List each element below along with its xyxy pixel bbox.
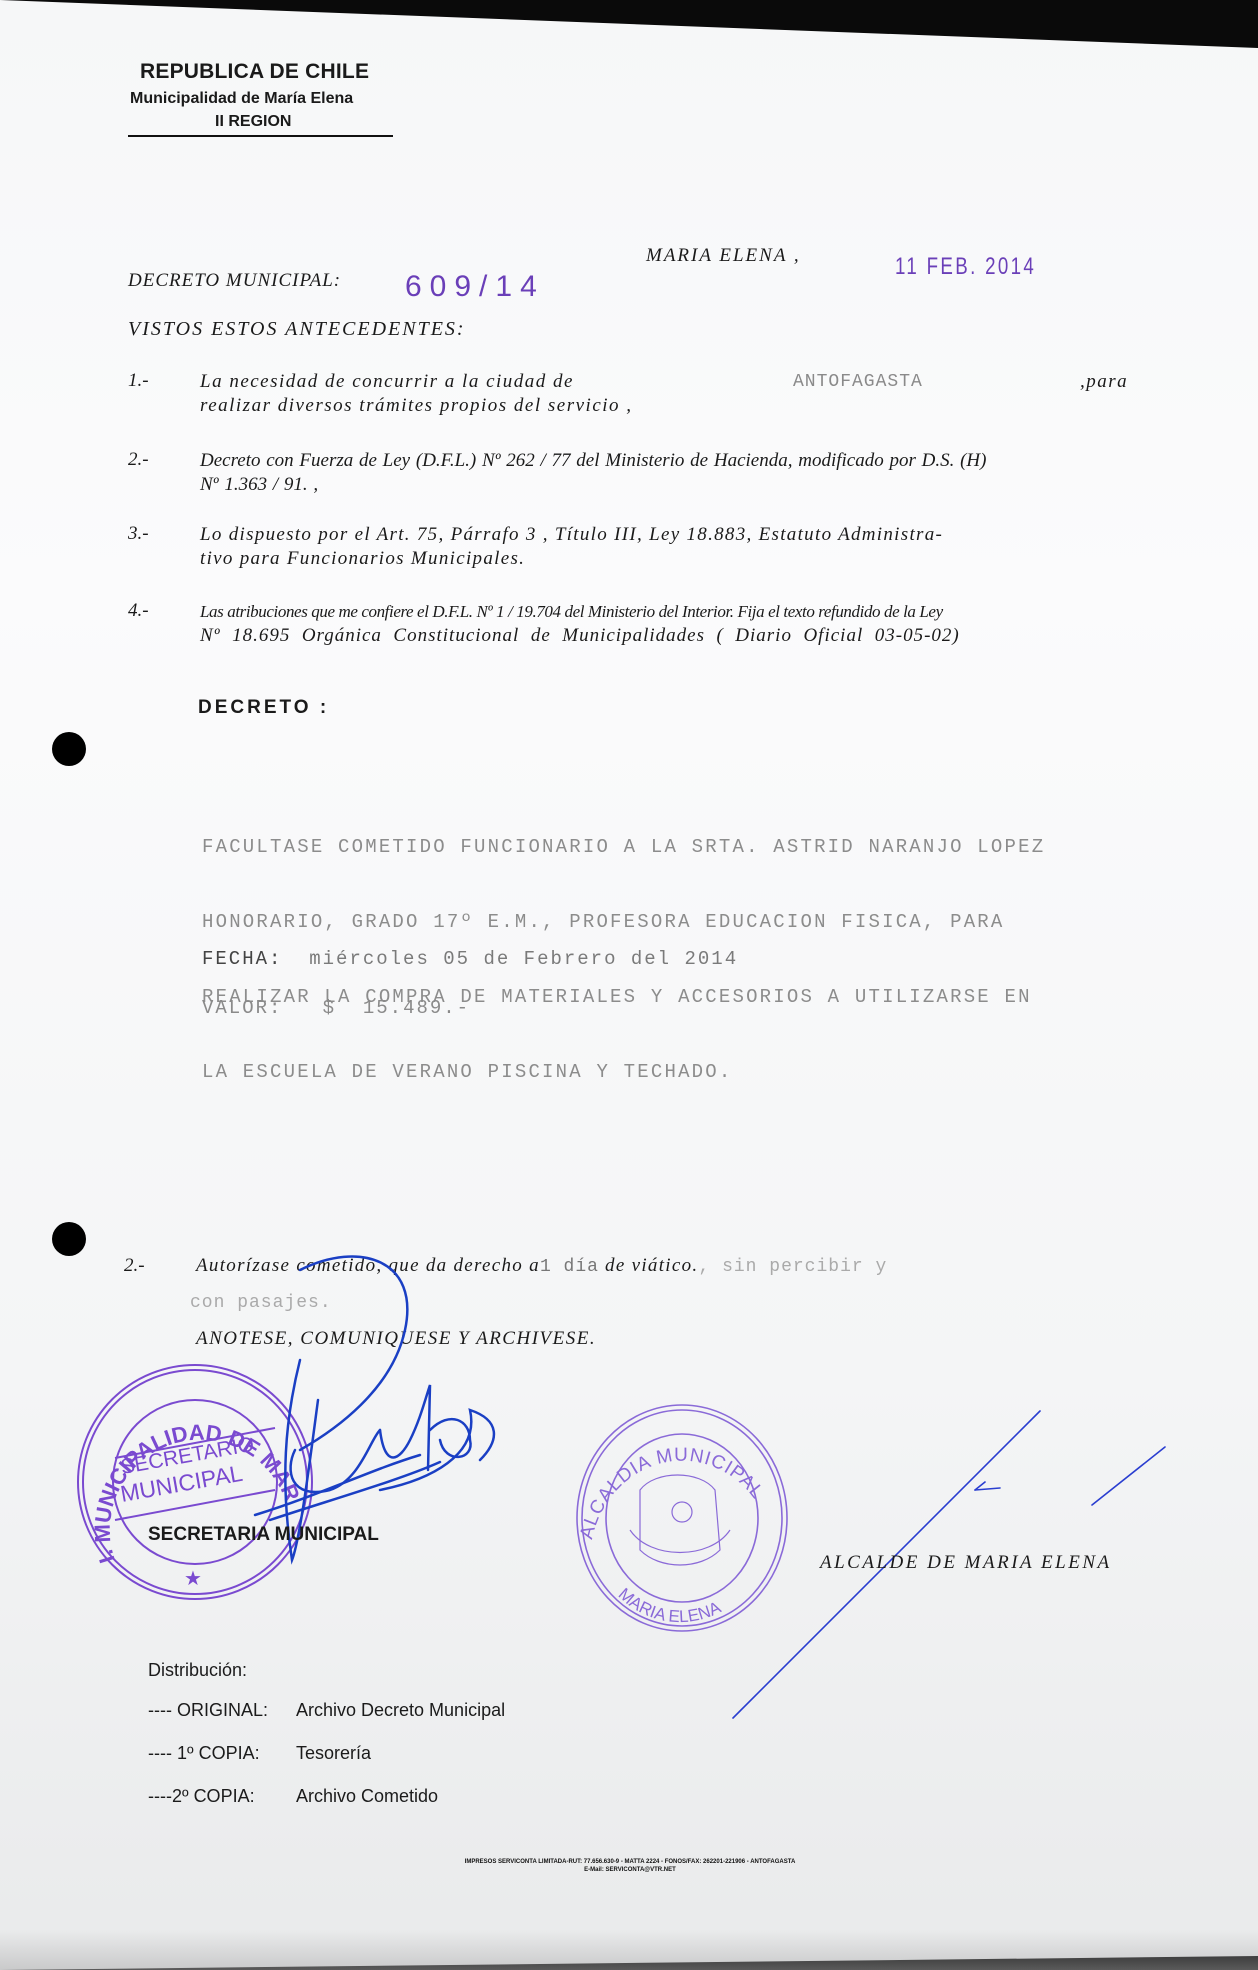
mayor-stamp: ALCALDIA MUNICIPAL MARIA ELENA	[576, 1405, 787, 1631]
svg-text:I. MUNICIPALIDAD DE MARIA ELEN: I. MUNICIPALIDAD DE MARIA ELENA	[0, 0, 305, 1566]
svg-text:MARIA ELENA: MARIA ELENA	[615, 1584, 725, 1626]
mayor-label: ALCALDE DE MARIA ELENA	[820, 1552, 1112, 1574]
footer-line-1: IMPRESOS SERVICONTA LIMITADA-RUT: 77.656…	[420, 1858, 840, 1866]
secretary-label: SECRETARIA MUNICIPAL	[148, 1524, 379, 1546]
secretary-stamp: I. MUNICIPALIDAD DE MARIA ELENA SECRETAR…	[0, 0, 312, 1599]
secretary-stamp-outer-text: I. MUNICIPALIDAD DE MARIA ELENA	[0, 0, 305, 1566]
distribution-row: ----2º COPIA:Archivo Cometido	[148, 1786, 438, 1807]
distribution-key: ---- 1º COPIA:	[148, 1743, 296, 1764]
mayor-stamp-bottom-text: MARIA ELENA	[615, 1584, 725, 1626]
svg-text:ALCALDIA MUNICIPAL: ALCALDIA MUNICIPAL	[576, 1445, 768, 1542]
distribution-key: ---- ORIGINAL:	[148, 1700, 296, 1721]
star-icon: ★	[184, 1568, 202, 1590]
distribution-value: Tesorería	[296, 1743, 371, 1763]
distribution-key: ----2º COPIA:	[148, 1786, 296, 1807]
distribution-value: Archivo Decreto Municipal	[296, 1700, 505, 1720]
footer-line-2: E-Mail: SERVICONTA@VTR.NET	[420, 1866, 840, 1874]
distribution-row: ---- 1º COPIA:Tesorería	[148, 1743, 371, 1764]
secretary-signature	[255, 1257, 494, 1561]
printer-footer: IMPRESOS SERVICONTA LIMITADA-RUT: 77.656…	[420, 1858, 840, 1874]
distribution-row: ---- ORIGINAL:Archivo Decreto Municipal	[148, 1700, 505, 1721]
mayor-stamp-top-text: ALCALDIA MUNICIPAL	[576, 1445, 768, 1542]
distribution-title: Distribución:	[148, 1660, 247, 1681]
distribution-value: Archivo Cometido	[296, 1786, 438, 1806]
